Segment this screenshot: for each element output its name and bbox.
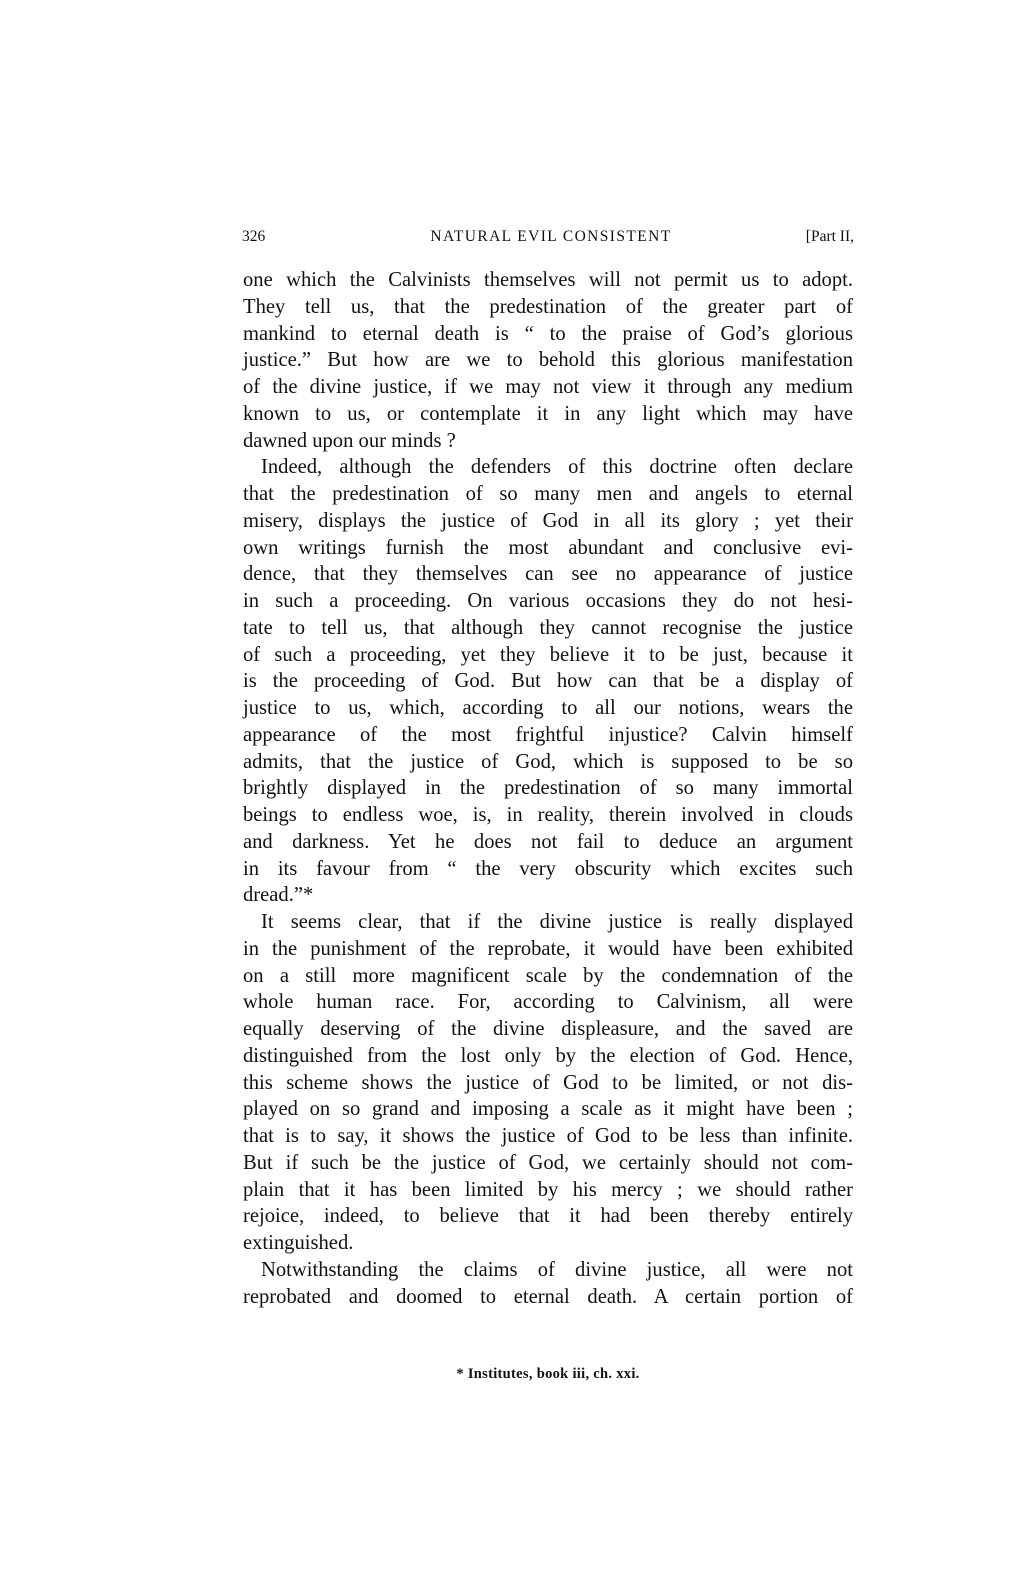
text-line: dread.”* [243, 882, 853, 909]
text-line: It seems clear, that if the divine justi… [243, 909, 853, 936]
text-line: They tell us, that the predestination of… [243, 294, 853, 321]
text-line: justice.” But how are we to behold this … [243, 347, 853, 374]
running-header: 326 NATURAL EVIL CONSISTENT [Part II, [242, 228, 854, 252]
text-line: appearance of the most frightful injusti… [243, 722, 853, 749]
text-line: beings to endless woe, is, in reality, t… [243, 802, 853, 829]
text-line: But if such be the justice of God, we ce… [243, 1150, 853, 1177]
text-line: plain that it has been limited by his me… [243, 1177, 853, 1204]
text-line: that is to say, it shows the justice of … [243, 1123, 853, 1150]
text-line: of such a proceeding, yet they believe i… [243, 642, 853, 669]
text-line: in such a proceeding. On various occasio… [243, 588, 853, 615]
running-title: NATURAL EVIL CONSISTENT [242, 228, 854, 246]
book-page: 326 NATURAL EVIL CONSISTENT [Part II, on… [0, 0, 1011, 1580]
text-line: of the divine justice, if we may not vie… [243, 374, 853, 401]
text-line: whole human race. For, according to Calv… [243, 989, 853, 1016]
text-line: one which the Calvinists themselves will… [243, 267, 853, 294]
text-line: distinguished from the lost only by the … [243, 1043, 853, 1070]
text-line: that the predestination of so many men a… [243, 481, 853, 508]
text-line: Notwithstanding the claims of divine jus… [243, 1257, 853, 1284]
text-line: and darkness. Yet he does not fail to de… [243, 829, 853, 856]
text-line: equally deserving of the divine displeas… [243, 1016, 853, 1043]
text-line: admits, that the justice of God, which i… [243, 749, 853, 776]
text-line: Indeed, although the defenders of this d… [243, 454, 853, 481]
text-line: is the proceeding of God. But how can th… [243, 668, 853, 695]
text-line: tate to tell us, that although they cann… [243, 615, 853, 642]
text-line: misery, displays the justice of God in a… [243, 508, 853, 535]
text-line: in the punishment of the reprobate, it w… [243, 936, 853, 963]
text-line: dawned upon our minds ? [243, 428, 853, 455]
text-line: on a still more magnificent scale by the… [243, 963, 853, 990]
body-text: one which the Calvinists themselves will… [243, 267, 853, 1310]
text-line: own writings furnish the most abundant a… [243, 535, 853, 562]
text-line: reprobated and doomed to eternal death. … [243, 1284, 853, 1311]
text-line: extinguished. [243, 1230, 853, 1257]
text-line: mankind to eternal death is “ to the pra… [243, 321, 853, 348]
text-line: played on so grand and imposing a scale … [243, 1096, 853, 1123]
text-line: in its favour from “ the very obscurity … [243, 856, 853, 883]
text-line: this scheme shows the justice of God to … [243, 1070, 853, 1097]
footnote: * Institutes, book iii, ch. xxi. [243, 1366, 853, 1383]
text-line: dence, that they themselves can see no a… [243, 561, 853, 588]
part-label: [Part II, [806, 228, 854, 246]
text-line: justice to us, which, according to all o… [243, 695, 853, 722]
text-line: rejoice, indeed, to believe that it had … [243, 1203, 853, 1230]
text-line: known to us, or contemplate it in any li… [243, 401, 853, 428]
text-line: brightly displayed in the predestination… [243, 775, 853, 802]
